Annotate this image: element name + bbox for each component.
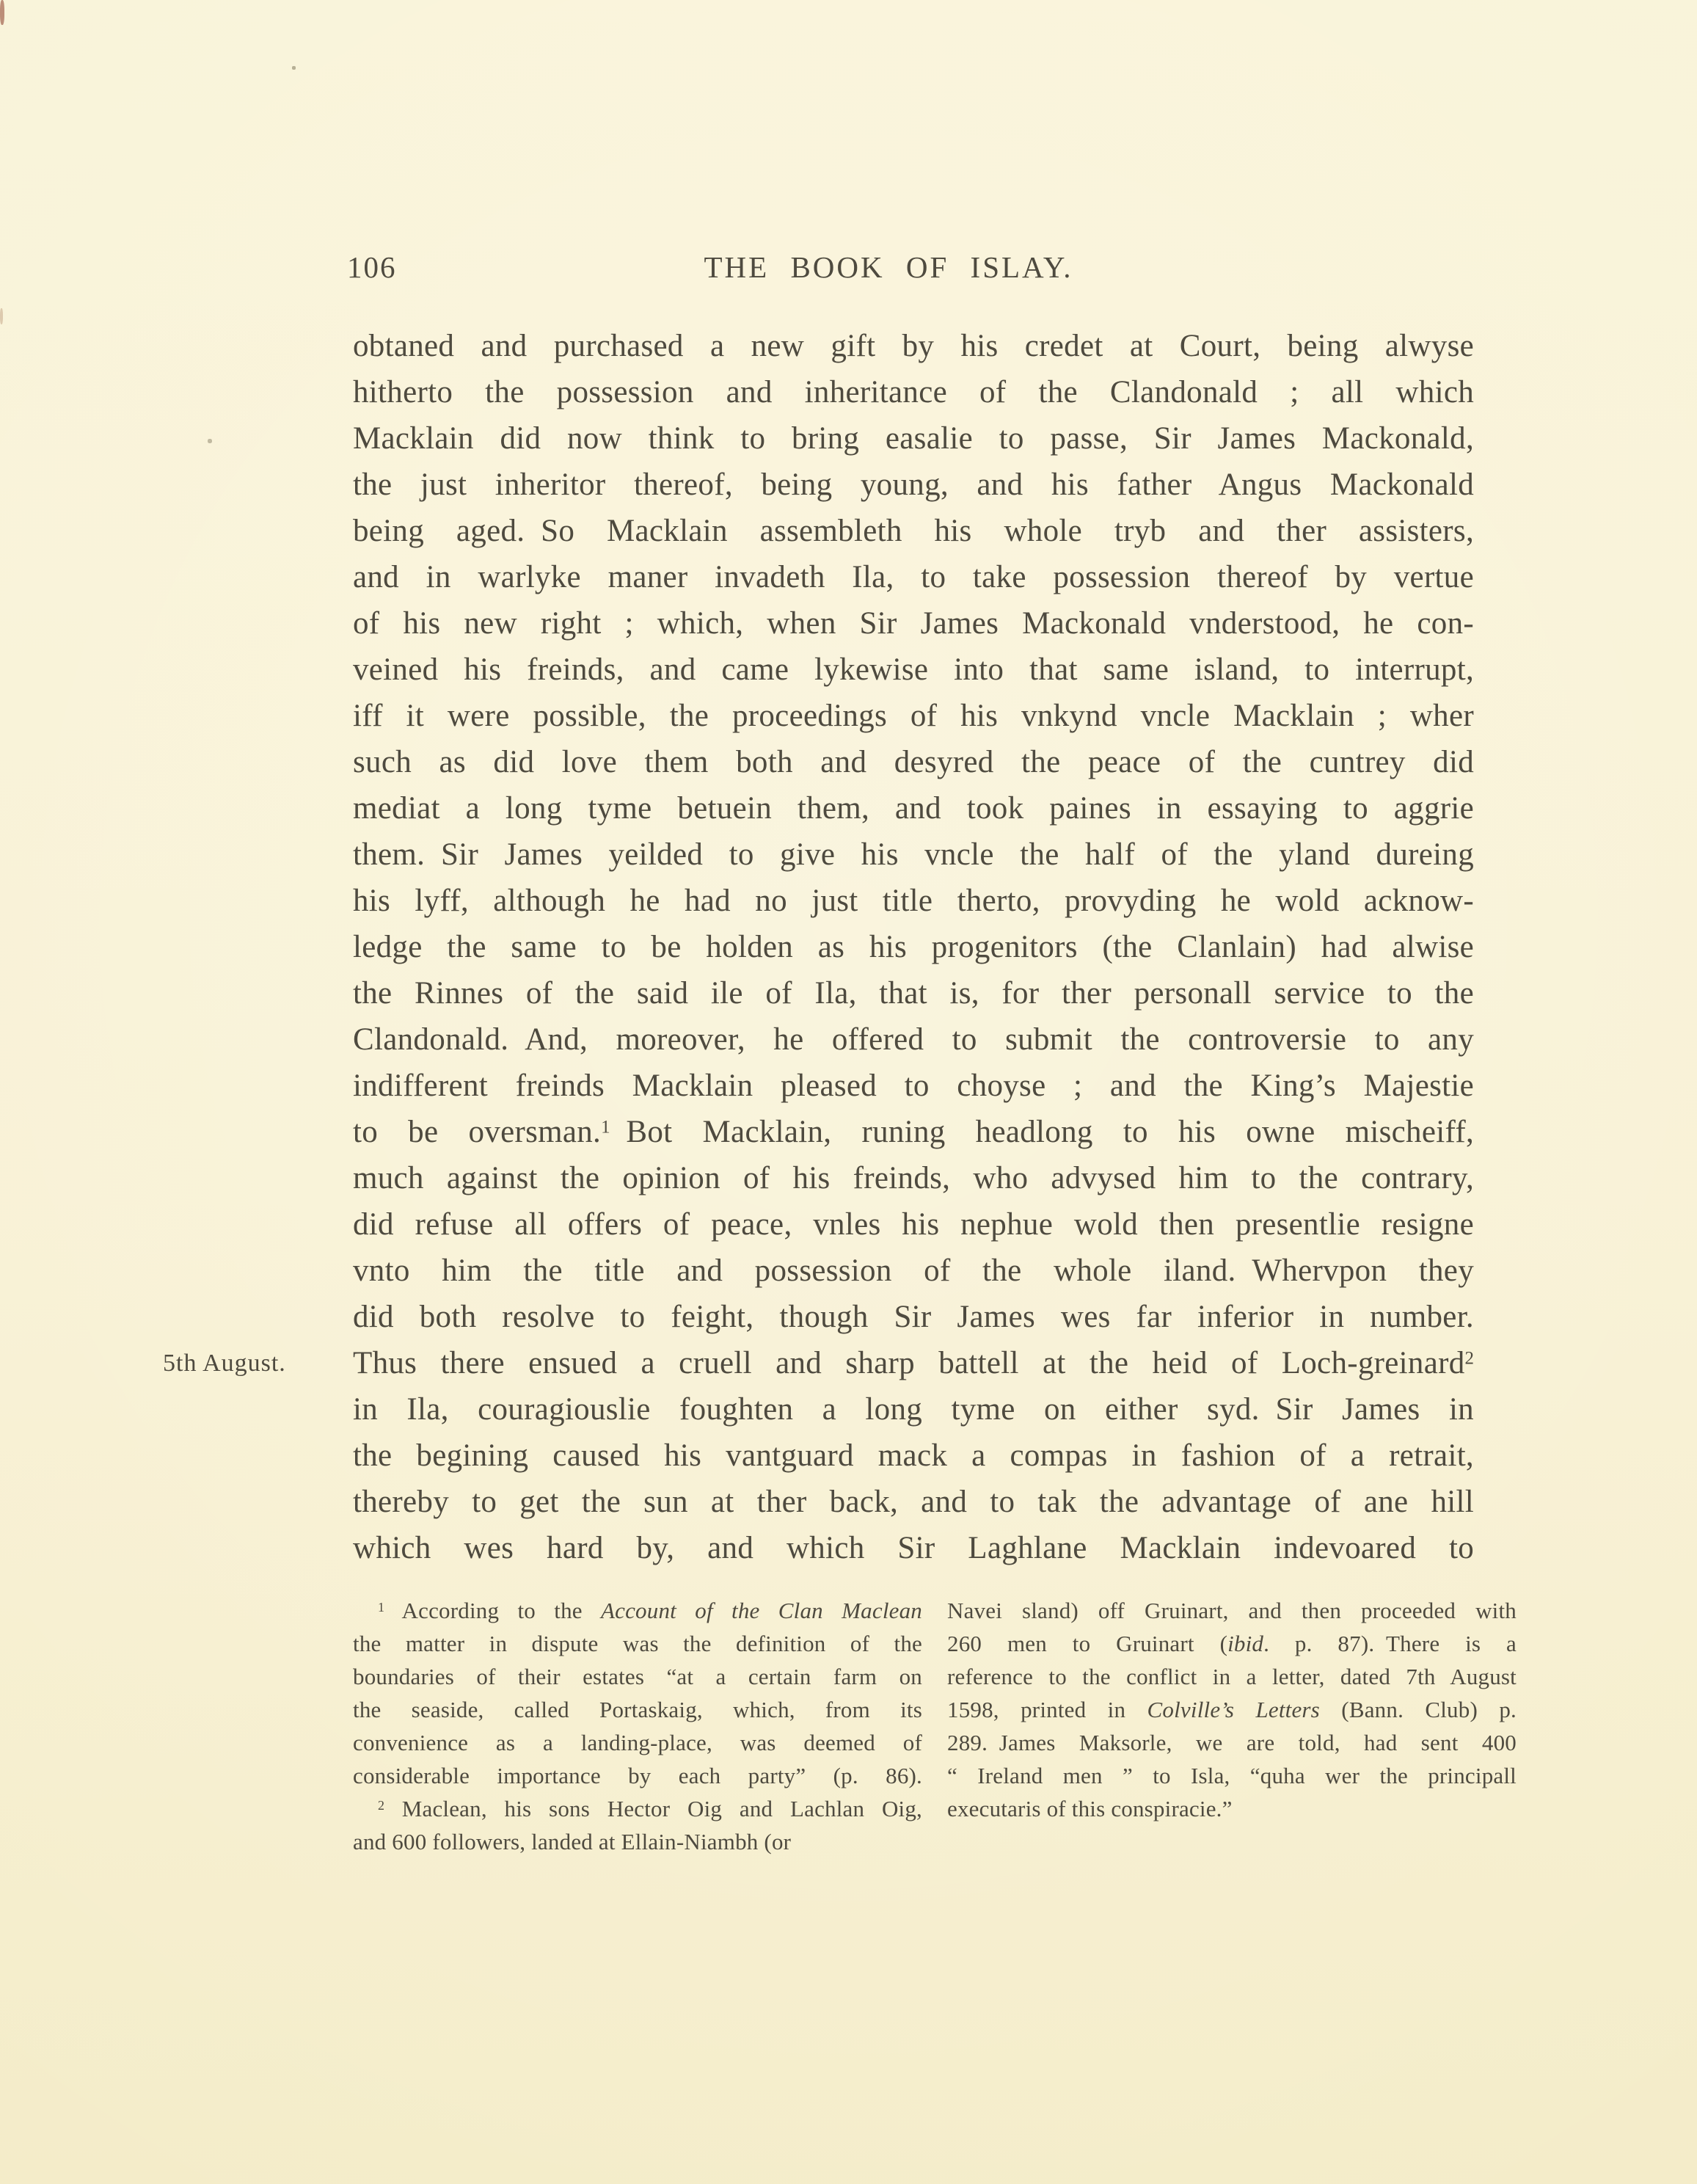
page-header: 106 THE BOOK OF ISLAY. — [353, 250, 1474, 294]
body-line: the just inheritor thereof, being young,… — [353, 462, 1474, 508]
text-segment: the begining caused his vantguard mack a… — [353, 1438, 1474, 1473]
footnote-column-right: Navei sland) off Gruinart, and then proc… — [947, 1594, 1517, 1858]
text-segment: Clandonald. And, moreover, he offered to… — [353, 1022, 1474, 1057]
running-title: THE BOOK OF ISLAY. — [704, 250, 1073, 285]
body-line: Clandonald. And, moreover, he offered to… — [353, 1016, 1474, 1063]
body-line: being aged. So Macklain assembleth his w… — [353, 508, 1474, 554]
footnote-line: 2 Maclean, his sons Hector Oig and Lachl… — [353, 1792, 922, 1825]
footnote-marker: 1 — [601, 1118, 610, 1137]
body-line: his lyff, although he had no just title … — [353, 878, 1474, 924]
body-line: of his new right ; which, when Sir James… — [353, 600, 1474, 647]
body-line: thereby to get the sun at ther back, and… — [353, 1479, 1474, 1525]
body-line: veined his freinds, and came lykewise in… — [353, 647, 1474, 693]
text-segment: did refuse all offers of peace, vnles hi… — [353, 1207, 1474, 1242]
footnote-line: convenience as a landing-place, was deem… — [353, 1726, 922, 1759]
text-segment: of his new right ; which, when Sir James… — [353, 606, 1474, 641]
paper-speck — [208, 439, 212, 443]
text-segment: mediat a long tyme betuein them, and too… — [353, 791, 1474, 826]
body-line: Thus there ensued a cruell and sharp bat… — [353, 1340, 1474, 1386]
text-segment: Macklain did now think to bring easalie … — [353, 421, 1474, 456]
text-segment: 1598, printed in — [947, 1697, 1147, 1722]
text-segment: thereby to get the sun at ther back, and… — [353, 1485, 1474, 1519]
text-segment: ledge the same to be holden as his proge… — [353, 930, 1474, 964]
footnote-line: reference to the conflict in a letter, d… — [947, 1660, 1517, 1693]
paper-speck — [292, 66, 296, 70]
footnote-line: considerable importance by each party” (… — [353, 1759, 922, 1792]
text-segment: and 600 followers, landed at Ellain-Niam… — [353, 1829, 791, 1854]
footnote-marker: 1 — [378, 1600, 384, 1615]
body-line: much against the opinion of his freinds,… — [353, 1155, 1474, 1201]
footnote-line: “ Ireland men ” to Isla, “quha wer the p… — [947, 1759, 1517, 1792]
footnote-line: 289. James Maksorle, we are told, had se… — [947, 1726, 1517, 1759]
text-segment: hitherto the possession and inheritance … — [353, 375, 1474, 409]
body-line: Macklain did now think to bring easalie … — [353, 415, 1474, 462]
body-line: ledge the same to be holden as his proge… — [353, 924, 1474, 970]
text-segment: vnto him the title and possession of the… — [353, 1253, 1474, 1288]
text-segment: did both resolve to feight, though Sir J… — [353, 1300, 1474, 1334]
body-line: in Ila, couragiouslie foughten a long ty… — [353, 1386, 1474, 1433]
text-segment: . p. 87). There is a — [1263, 1631, 1517, 1656]
text-segment: to be oversman. — [353, 1115, 601, 1149]
text-segment: convenience as a landing-place, was deem… — [353, 1730, 922, 1755]
scan-edge-artifact — [0, 0, 4, 25]
text-segment: reference to the conflict in a letter, d… — [947, 1664, 1517, 1689]
footnote-line: boundaries of their estates “at a certai… — [353, 1660, 922, 1693]
text-segment: Navei sland) off Gruinart, and then proc… — [947, 1598, 1517, 1623]
body-text: obtaned and purchased a new gift by his … — [353, 323, 1474, 1571]
text-segment: 260 men to Gruinart ( — [947, 1631, 1227, 1656]
body-line: such as did love them both and desyred t… — [353, 739, 1474, 785]
body-line: did refuse all offers of peace, vnles hi… — [353, 1201, 1474, 1248]
text-segment: his lyff, although he had no just title … — [353, 884, 1474, 918]
footnote-marker: 2 — [1465, 1349, 1474, 1369]
text-segment: According to the — [384, 1598, 601, 1623]
footnote-line: executaris of this conspiracie.” — [947, 1792, 1517, 1825]
text-segment: (Bann. Club) p. — [1320, 1697, 1517, 1722]
body-line: indifferent freinds Macklain pleased to … — [353, 1063, 1474, 1109]
footnote-line: Navei sland) off Gruinart, and then proc… — [947, 1594, 1517, 1627]
text-segment: Maclean, his sons Hector Oig and Lachlan… — [384, 1796, 922, 1821]
text-segment: iff it were possible, the proceedings of… — [353, 699, 1474, 733]
text-segment: “ Ireland men ” to Isla, “quha wer the p… — [947, 1763, 1517, 1788]
text-segment: them. Sir James yeilded to give his vncl… — [353, 837, 1474, 872]
body-line: the begining caused his vantguard mack a… — [353, 1433, 1474, 1479]
body-line: which wes hard by, and which Sir Laghlan… — [353, 1525, 1474, 1571]
footnote-line: 1 According to the Account of the Clan M… — [353, 1594, 922, 1627]
body-line: the Rinnes of the said ile of Ila, that … — [353, 970, 1474, 1016]
page-number: 106 — [347, 250, 397, 285]
text-segment: considerable importance by each party” (… — [353, 1763, 922, 1788]
text-segment: ibid — [1227, 1631, 1263, 1656]
text-segment: obtaned and purchased a new gift by his … — [353, 329, 1474, 363]
footnote-marker: 2 — [378, 1798, 384, 1813]
text-segment: and in warlyke maner invadeth Ila, to ta… — [353, 560, 1474, 594]
footnote-line: and 600 followers, landed at Ellain-Niam… — [353, 1825, 922, 1858]
text-segment: which wes hard by, and which Sir Laghlan… — [353, 1531, 1474, 1565]
body-line: hitherto the possession and inheritance … — [353, 369, 1474, 415]
text-segment: the seaside, called Portaskaig, which, f… — [353, 1697, 922, 1722]
footnote-line: the matter in dispute was the definition… — [353, 1627, 922, 1660]
footnote-column-left: 1 According to the Account of the Clan M… — [353, 1594, 922, 1858]
text-segment: veined his freinds, and came lykewise in… — [353, 652, 1474, 687]
body-line: and in warlyke maner invadeth Ila, to ta… — [353, 554, 1474, 600]
text-segment: the Rinnes of the said ile of Ila, that … — [353, 976, 1474, 1011]
footnotes: 1 According to the Account of the Clan M… — [353, 1594, 1517, 1858]
body-line: obtaned and purchased a new gift by his … — [353, 323, 1474, 369]
margin-note-date: 5th August. — [163, 1340, 332, 1386]
text-segment: boundaries of their estates “at a certai… — [353, 1664, 922, 1689]
text-segment: executaris of this conspiracie.” — [947, 1796, 1233, 1821]
text-segment: the just inheritor thereof, being young,… — [353, 467, 1474, 502]
text-segment: much against the opinion of his freinds,… — [353, 1161, 1474, 1195]
body-line: vnto him the title and possession of the… — [353, 1248, 1474, 1294]
text-segment: Account of the Clan Maclean — [601, 1598, 922, 1623]
text-segment: Bot Macklain, runing headlong to his own… — [610, 1115, 1474, 1149]
text-segment: indifferent freinds Macklain pleased to … — [353, 1069, 1474, 1103]
body-line: them. Sir James yeilded to give his vncl… — [353, 831, 1474, 878]
book-page-scan: 106 THE BOOK OF ISLAY. 5th August. obtan… — [0, 0, 1697, 2184]
text-segment: in Ila, couragiouslie foughten a long ty… — [353, 1392, 1474, 1427]
body-line: did both resolve to feight, though Sir J… — [353, 1294, 1474, 1340]
body-line: to be oversman.1 Bot Macklain, runing he… — [353, 1109, 1474, 1155]
text-segment: being aged. So Macklain assembleth his w… — [353, 514, 1474, 548]
text-segment: 289. James Maksorle, we are told, had se… — [947, 1730, 1517, 1755]
scan-edge-artifact — [0, 308, 3, 324]
text-segment: such as did love them both and desyred t… — [353, 745, 1474, 779]
footnote-line: the seaside, called Portaskaig, which, f… — [353, 1693, 922, 1726]
footnote-line: 1598, printed in Colville’s Letters (Ban… — [947, 1693, 1517, 1726]
text-segment: the matter in dispute was the definition… — [353, 1631, 922, 1656]
body-line: iff it were possible, the proceedings of… — [353, 693, 1474, 739]
text-segment: Thus there ensued a cruell and sharp bat… — [353, 1346, 1465, 1380]
footnote-line: 260 men to Gruinart (ibid. p. 87). There… — [947, 1627, 1517, 1660]
body-line: mediat a long tyme betuein them, and too… — [353, 785, 1474, 831]
text-segment: Colville’s Letters — [1147, 1697, 1320, 1722]
